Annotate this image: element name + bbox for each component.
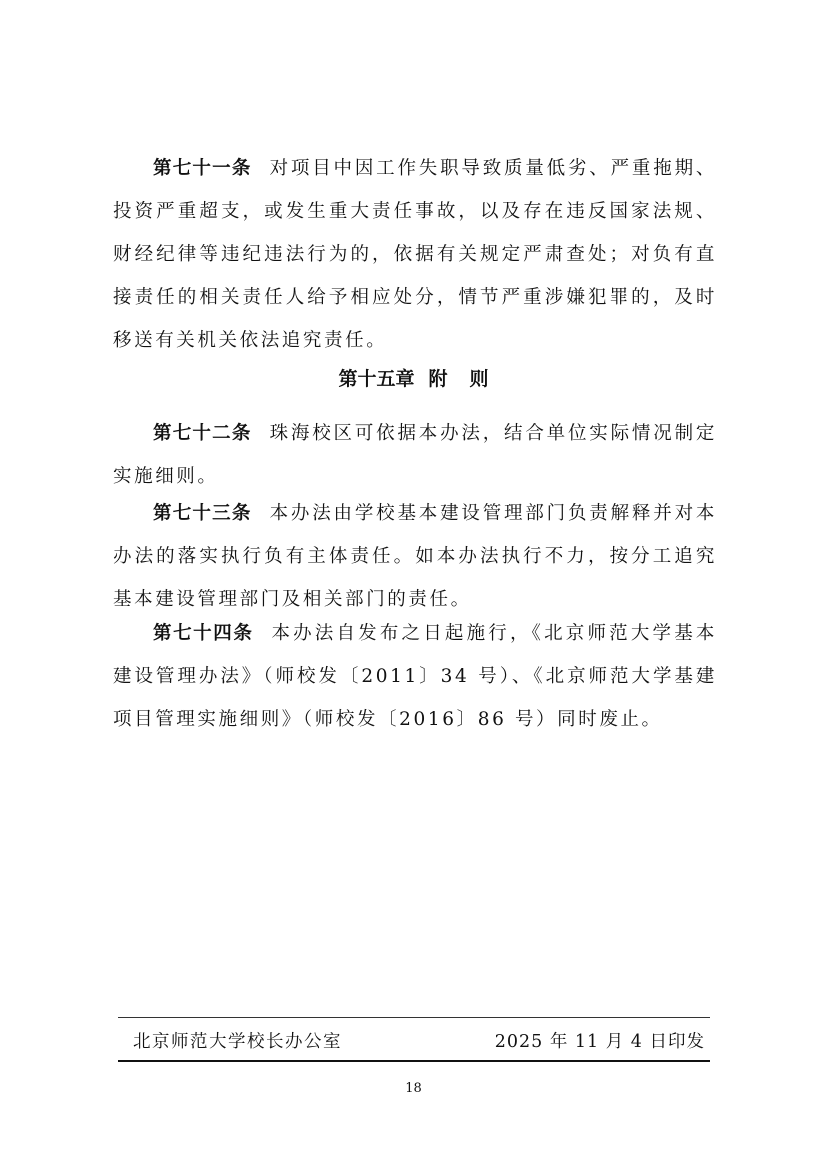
article-number: 第七十三条 [153,503,252,524]
article-73: 第七十三条本办法由学校基本建设管理部门负责解释并对本办法的落实执行负有主体责任。… [113,492,717,621]
chapter-heading: 第十五章附则 [0,362,827,396]
chapter-title-2: 则 [470,368,489,390]
article-text: 对项目中因工作失职导致质量低劣、严重拖期、投资严重超支，或发生重大责任事故，以及… [113,158,717,351]
footer-bottom-rule [118,1060,710,1062]
document-page: 第七十一条对项目中因工作失职导致质量低劣、严重拖期、投资严重超支，或发生重大责任… [0,0,827,1170]
article-number: 第七十二条 [153,423,252,444]
article-71: 第七十一条对项目中因工作失职导致质量低劣、严重拖期、投资严重超支，或发生重大责任… [113,147,717,362]
page-number: 18 [0,1081,827,1096]
article-74: 第七十四条本办法自发布之日起施行，《北京师范大学基本建设管理办法》（师校发〔20… [113,612,717,741]
footer-date: 2025 年 11 月 4 日印发 [495,1027,705,1057]
footer-issuer: 北京师范大学校长办公室 [133,1027,342,1057]
article-72: 第七十二条珠海校区可依据本办法，结合单位实际情况制定实施细则。 [113,412,717,498]
article-number: 第七十一条 [153,158,252,179]
footer-top-rule [118,1017,710,1018]
article-number: 第七十四条 [153,623,253,644]
chapter-title-1: 附 [428,368,447,390]
chapter-number: 第十五章 [338,368,414,390]
